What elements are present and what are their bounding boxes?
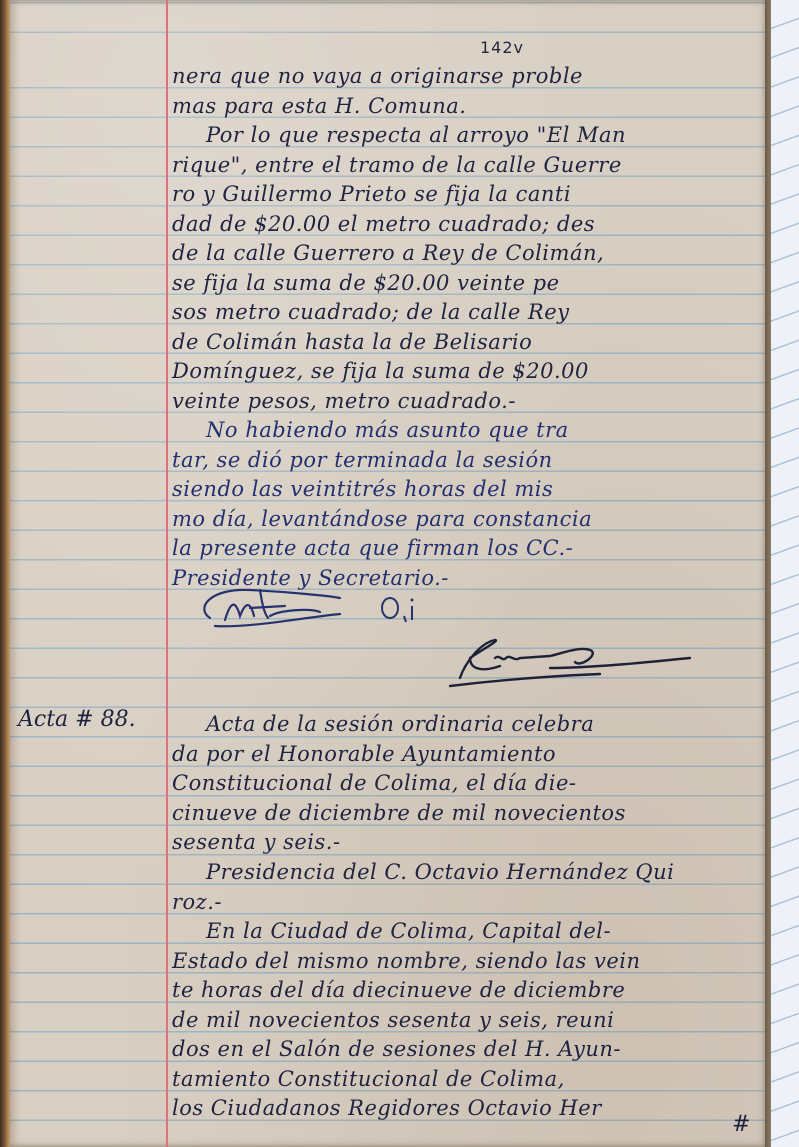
text-line: No habiendo más asunto que tra: [172, 416, 592, 446]
margin-rule: [166, 0, 168, 1147]
text-line: sesenta y seis.-: [172, 828, 626, 858]
text-line: rique", entre el tramo de la calle Guerr…: [172, 151, 626, 181]
acta-body: En la Ciudad de Colima, Capital del- Est…: [172, 917, 641, 1124]
text-line: de mil novecientos sesenta y seis, reuni: [172, 1006, 641, 1036]
text-line: nera que no vaya a originarse proble: [172, 62, 626, 92]
text-line: Presidencia del C. Octavio Hernández Qui: [172, 858, 674, 888]
text-line: dad de $20.00 el metro cuadrado; des: [172, 210, 626, 240]
folio-number: 142v: [480, 38, 524, 57]
text-line: dos en el Salón de sesiones del H. Ayun-: [172, 1035, 641, 1065]
text-line: mas para esta H. Comuna.: [172, 92, 626, 122]
text-line: roz.-: [172, 888, 674, 918]
text-line: de la calle Guerrero a Rey de Colimán,: [172, 239, 626, 269]
text-line: ro y Guillermo Prieto se fija la canti: [172, 180, 626, 210]
text-line: Por lo que respecta al arroyo "El Man: [172, 121, 626, 151]
text-line: Constitucional de Colima, el día die-: [172, 769, 626, 799]
facing-page-edge: [771, 0, 799, 1147]
text-line: mo día, levantándose para constancia: [172, 505, 592, 535]
text-line: la presente acta que firman los CC.-: [172, 534, 592, 564]
text-line: te horas del día diecinueve de diciembre: [172, 976, 641, 1006]
text-line: los Ciudadanos Regidores Octavio Her: [172, 1094, 641, 1124]
text-line: veinte pesos, metro cuadrado.-: [172, 387, 626, 417]
text-line: Estado del mismo nombre, siendo las vein: [172, 947, 641, 977]
text-line: Domínguez, se fija la suma de $20.00: [172, 357, 626, 387]
text-line: Acta de la sesión ordinaria celebra: [172, 710, 626, 740]
text-line: sos metro cuadrado; de la calle Rey: [172, 298, 626, 328]
acta-heading: Acta de la sesión ordinaria celebra da p…: [172, 710, 626, 858]
text-line: cinueve de diciembre de mil novecientos: [172, 799, 626, 829]
acta-number-label: Acta # 88.: [18, 707, 136, 732]
text-line: da por el Honorable Ayuntamiento: [172, 740, 626, 770]
text-line: de Colimán hasta la de Belisario: [172, 328, 626, 358]
text-line: tar, se dió por terminada la sesión: [172, 446, 592, 476]
text-line: se fija la suma de $20.00 veinte pe: [172, 269, 626, 299]
acta-presidency: Presidencia del C. Octavio Hernández Qui…: [172, 858, 674, 917]
section-fee-schedule: nera que no vaya a originarse proble mas…: [172, 62, 626, 416]
continuation-mark: #: [732, 1110, 751, 1140]
text-line: tamiento Constitucional de Colima,: [172, 1065, 641, 1095]
text-line: siendo las veintitrés horas del mis: [172, 475, 592, 505]
text-line: Presidente y Secretario.-: [172, 564, 592, 594]
text-line: En la Ciudad de Colima, Capital del-: [172, 917, 641, 947]
section-closing: No habiendo más asunto que tra tar, se d…: [172, 416, 592, 593]
